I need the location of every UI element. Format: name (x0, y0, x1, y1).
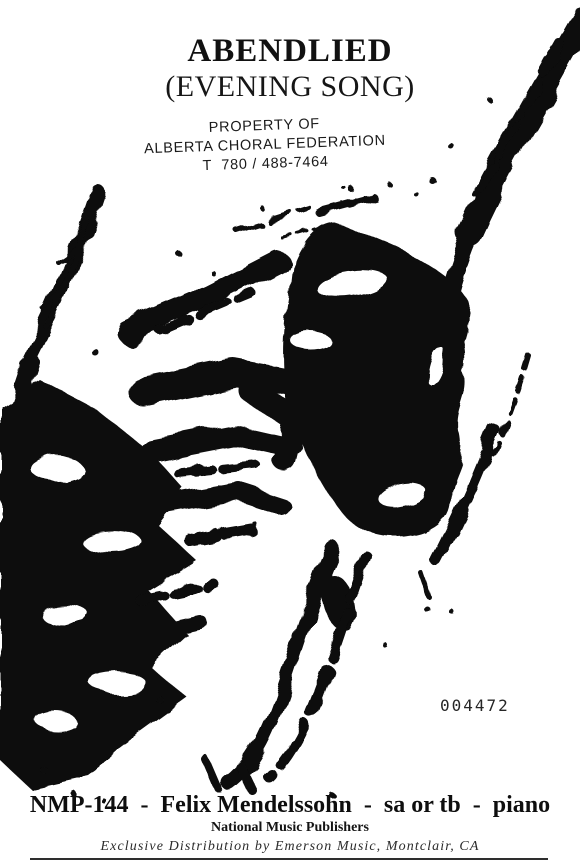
distribution-line: Exclusive Distribution by Emerson Music,… (0, 838, 580, 855)
footer-rule (30, 858, 548, 860)
serial-number: 004472 (440, 696, 510, 715)
page-subtitle: (EVENING SONG) (0, 70, 580, 103)
publisher-name: National Music Publishers (0, 819, 580, 836)
catalog-credit-line: NMP-144 - Felix Mendelssohn - sa or tb -… (0, 791, 580, 820)
ownership-stamp: PROPERTY OF ALBERTA CHORAL FEDERATION T … (114, 112, 416, 179)
page-title: ABENDLIED (0, 33, 580, 70)
cover-page: ABENDLIED (EVENING SONG) PROPERTY OF ALB… (0, 0, 580, 867)
